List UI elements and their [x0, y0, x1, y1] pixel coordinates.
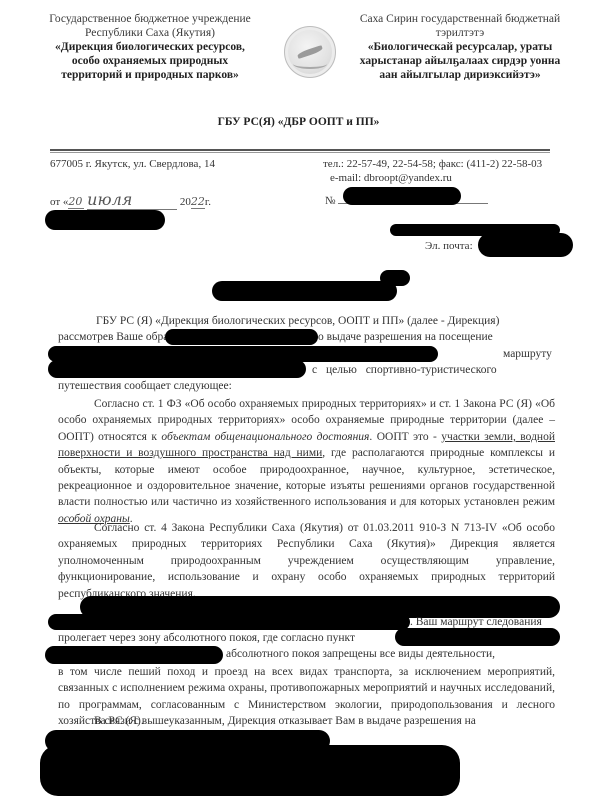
- date-month: июля: [87, 190, 177, 210]
- address: 677005 г. Якутск, ул. Свердлова, 14: [50, 158, 215, 170]
- header-right-line2: тэрилтэтэ: [340, 26, 580, 40]
- header-divider: [50, 149, 550, 151]
- redaction-recipient-3: [212, 281, 397, 301]
- date-day: 20: [68, 195, 84, 209]
- p1-line-a: ГБУ РС (Я) «Дирекция биологических ресур…: [96, 315, 555, 327]
- org-short-name: ГБУ РС(Я) «ДБР ООПТ и ПП»: [0, 116, 597, 128]
- redaction-p5-2: [40, 745, 460, 796]
- date-year-suffix: 22: [191, 195, 205, 209]
- email-label: e-mail:: [330, 172, 361, 184]
- number-label: №: [325, 195, 336, 207]
- redaction-p4-2: [48, 614, 410, 630]
- redaction-recipient-4: [380, 270, 410, 286]
- header-left-line3: «Дирекция биологических ресурсов,: [55, 41, 245, 53]
- paragraph-3: Согласно ст. 4 Закона Республики Саха (Я…: [58, 520, 555, 602]
- header-left-line2: Республики Саха (Якутия): [30, 26, 270, 40]
- header-right-line3: «Биологическай ресурсалар, ураты: [368, 41, 553, 53]
- header-right-line5: аан айылгылар дириэксийэтэ»: [379, 69, 540, 81]
- date-suffix: г.: [205, 196, 211, 208]
- paragraph-5: В связи с вышеуказанным, Дирекция отказы…: [58, 713, 555, 729]
- redaction-recipient-email: [478, 233, 573, 257]
- email-link[interactable]: dbroopt@yandex.ru: [364, 172, 452, 184]
- redaction-p1-1: [165, 329, 318, 345]
- header-left-org: Государственное бюджетное учреждение Рес…: [30, 12, 270, 82]
- email-line: e-mail: dbroopt@yandex.ru: [330, 172, 452, 184]
- emblem-seal-icon: [284, 26, 336, 78]
- header-right-line4: харыстанар айылҕалаах сирдэр уонна: [360, 55, 560, 67]
- recipient-email-label: Эл. почта:: [425, 240, 473, 252]
- header-left-line5: территорий и природных парков»: [61, 69, 239, 81]
- header-right-org: Саха Сирин государственнай бюджетнай тэр…: [340, 12, 580, 82]
- phones: тел.: 22-57-49, 22-54-58; факс: (411-2) …: [323, 158, 542, 170]
- redaction-p4-4: [45, 646, 223, 664]
- header-left-line4: особо охраняемых природных: [72, 55, 228, 67]
- header-left-line1: Государственное бюджетное учреждение: [30, 12, 270, 26]
- date-line: от «20 июля 2022г.: [50, 190, 211, 210]
- redaction-number: [343, 187, 461, 205]
- redaction-p4-3: [395, 628, 560, 646]
- date-year-prefix: 20: [180, 196, 191, 208]
- date-prefix: от «: [50, 196, 68, 208]
- paragraph-2: Согласно ст. 1 ФЗ «Об особо охраняемых п…: [58, 396, 555, 527]
- redaction-p1-3: [48, 360, 306, 378]
- redaction-recipient-1: [45, 210, 165, 230]
- header-right-line1: Саха Сирин государственнай бюджетнай: [340, 12, 580, 26]
- bird-icon: [297, 45, 324, 59]
